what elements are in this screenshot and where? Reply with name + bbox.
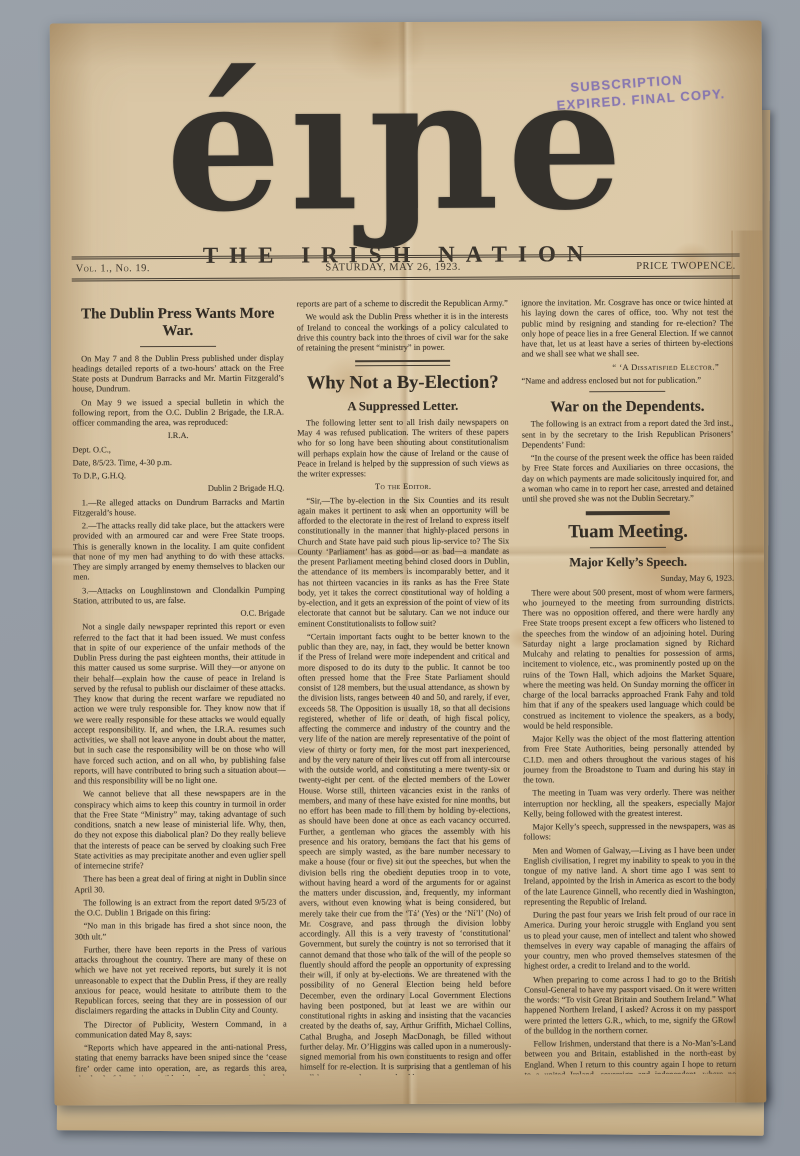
masthead: éıɲe THE IRISH NATION [50, 59, 747, 270]
paragraph: The following letter sent to all Irish d… [297, 417, 509, 479]
article-columns: The Dublin Press Wants More War.On May 7… [72, 298, 736, 1077]
divider-rule [590, 547, 666, 548]
paragraph: We cannot believe that all these newspap… [74, 789, 286, 872]
paragraph: On May 7 and 8 the Dublin Press publishe… [72, 353, 284, 395]
paragraph: Major Kelly was the object of the most f… [523, 734, 735, 786]
signature: “ ‘A Dissatisfied Elector.” [521, 362, 733, 373]
newspaper-front-page: SUBSCRIPTION EXPIRED. FINAL COPY. éıɲe T… [50, 20, 767, 1105]
paragraph: Men and Women of Galway,—Living as I hav… [524, 845, 736, 907]
paragraph: “No man in this brigade has fired a shot… [75, 921, 287, 942]
paragraph: 1.—Re alleged attacks on Dundrum Barrack… [73, 497, 285, 518]
paragraph: “Reports which have appeared in the anti… [75, 1043, 287, 1077]
paragraph: When preparing to come across I had to g… [524, 974, 736, 1036]
paragraph: We would ask the Dublin Press whether it… [297, 312, 509, 354]
article-headline: Why Not a By-Election? [297, 373, 509, 394]
paragraph: The meeting in Tuam was very orderly. Th… [523, 788, 735, 820]
article-subhead: Major Kelly’s Speech. [522, 555, 734, 571]
curled-page-edge [732, 230, 767, 1102]
paragraph: The following is an extract from a repor… [522, 419, 734, 451]
report-header: I.R.A. [72, 431, 284, 442]
paragraph: There were about 500 present, most of wh… [522, 587, 734, 731]
paragraph: ignore the invitation. Mr. Cosgrave has … [521, 298, 733, 360]
divider-rule [589, 391, 665, 392]
report-line: Dublin 2 Brigade H.Q. [73, 484, 285, 495]
paragraph: 3.—Attacks on Loughlinstown and Clondalk… [73, 585, 285, 606]
issue-date: SATURDAY, MAY 26, 1923. [325, 262, 461, 274]
volume-number: Vol. 1., No. 19. [76, 263, 150, 274]
paragraph: Major Kelly’s speech, suppressed in the … [523, 822, 735, 843]
paragraph: “Sir,—The by-election in the Six Countie… [297, 495, 509, 629]
column-middle: reports are part of a scheme to discredi… [297, 299, 512, 1076]
paragraph: On May 9 we issued a special bulletin in… [72, 397, 284, 429]
scan-background: SUBSCRIPTION EXPIRED. FINAL COPY. éıɲe T… [0, 0, 800, 1156]
paragraph: Further, there have been reports in the … [75, 944, 287, 1017]
price: PRICE TWOPENCE. [636, 261, 736, 272]
paragraph: The following is an extract from the rep… [74, 897, 286, 918]
column-right: ignore the invitation. Mr. Cosgrave has … [521, 298, 736, 1075]
paragraph: There has been a great deal of firing at… [74, 874, 286, 895]
article-headline: The Dublin Press Wants More War. [72, 306, 284, 341]
report-line: Date, 8/5/23. Time, 4-30 p.m. [73, 457, 285, 468]
paragraph: 2.—The attacks really did take place, bu… [73, 521, 285, 583]
paragraph: The Director of Publicity, Western Comma… [75, 1019, 287, 1040]
divider-rule [140, 345, 216, 346]
letter-salutation: To the Editor. [297, 482, 509, 493]
article-headline: War on the Dependents. [522, 399, 734, 417]
signature: O.C. Brigade [73, 609, 285, 620]
article-subhead: A Suppressed Letter. [297, 398, 509, 414]
paragraph: “Certain important facts ought to be bet… [298, 631, 512, 1075]
divider-rule [586, 511, 670, 515]
paragraph: Fellow Irishmen, understand that there i… [524, 1039, 736, 1075]
masthead-title: éıɲe [50, 59, 747, 230]
report-line: To D.P., G.H.Q. [73, 471, 285, 482]
report-line: Dept. O.C., [72, 444, 284, 455]
article-headline: Tuam Meeting. [522, 521, 734, 542]
divider-rule [355, 360, 450, 366]
paragraph: “Name and address enclosed but not for p… [522, 375, 734, 386]
paragraph: reports are part of a scheme to discredi… [297, 299, 509, 310]
paragraph: Not a single daily newspaper reprinted t… [73, 622, 285, 787]
dateline-text: Sunday, May 6, 1923. [522, 574, 734, 585]
dateline-bar: Vol. 1., No. 19. SATURDAY, MAY 26, 1923.… [72, 254, 740, 282]
paragraph: During the past four years we Irish felt… [524, 910, 736, 972]
column-left: The Dublin Press Wants More War.On May 7… [72, 300, 287, 1077]
paragraph: “In the course of the present week the o… [522, 453, 734, 505]
